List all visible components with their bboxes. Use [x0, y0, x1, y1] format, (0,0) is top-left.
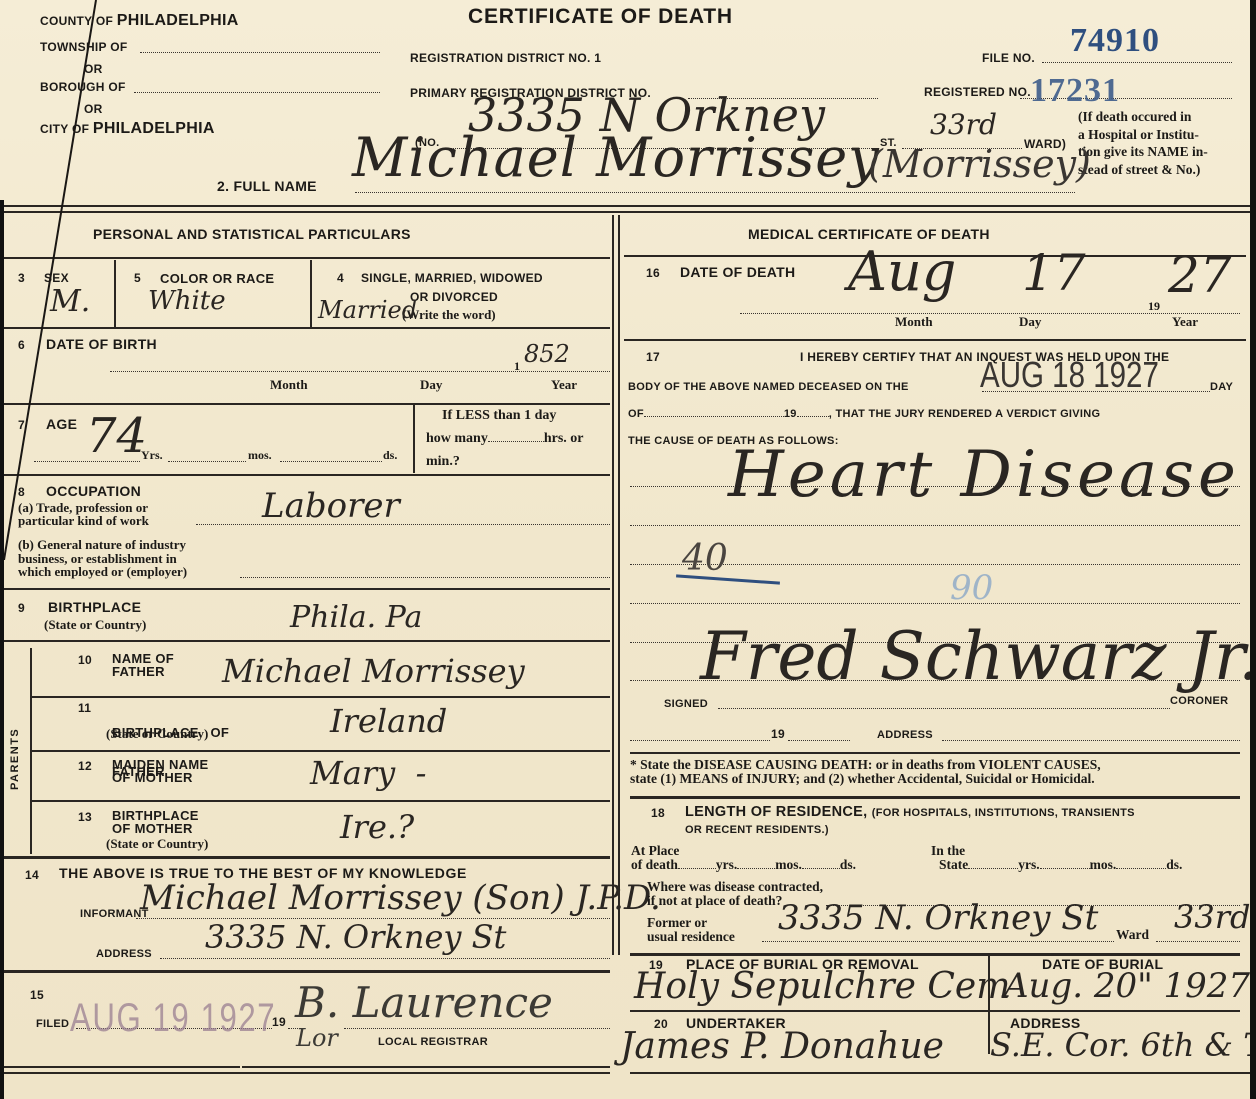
- full-name-label: 2. FULL NAME: [217, 178, 317, 194]
- dod-year-label: Year: [1172, 314, 1198, 330]
- certificate-title: CERTIFICATE OF DEATH: [468, 5, 733, 29]
- father-name-label: NAME OF FATHER: [112, 652, 174, 678]
- marital-label-2: OR DIVORCED: [410, 290, 498, 304]
- full-name-field: [355, 192, 1075, 193]
- registrar-signature: B. Laurence: [295, 978, 553, 1027]
- less-min: min.?: [426, 454, 460, 470]
- burial-place-value: Holy Sepulchre Cem: [634, 966, 1010, 1007]
- inquest-year-field: [797, 416, 829, 417]
- informant-address-label: ADDRESS: [96, 948, 152, 960]
- mos-label: mos.: [1090, 857, 1117, 872]
- divider: [630, 1072, 1250, 1074]
- date-of-death-day: 17: [1022, 244, 1086, 302]
- marital-label: SINGLE, MARRIED, WIDOWED: [361, 271, 543, 285]
- less-hrs: hrs. or: [544, 431, 584, 446]
- inquest-stamp: AUG 18 1927: [980, 354, 1159, 396]
- inquest-line-2a: BODY OF THE ABOVE NAMED DECEASED ON THE: [628, 381, 909, 393]
- signed-year-prefix: 19: [771, 727, 785, 741]
- field: [968, 868, 1018, 869]
- footnote-line: * State the DISEASE CAUSING DEATH: or in…: [630, 758, 1101, 772]
- hospital-note-line: (If death occured in: [1078, 108, 1208, 126]
- signed-field: [718, 708, 1170, 709]
- township-field: [140, 52, 380, 53]
- date-of-death-label: DATE OF DEATH: [680, 264, 795, 280]
- divider: [630, 1010, 1240, 1012]
- hospital-note-line: stead of street & No.): [1078, 161, 1208, 179]
- dob-year-label: Year: [551, 377, 577, 393]
- inquest-of: OF: [628, 408, 644, 420]
- former-ward-label: Ward: [1116, 927, 1149, 943]
- scan-edge-right: [1250, 0, 1256, 1099]
- former-residence-label: Former or usual residence: [647, 916, 735, 943]
- date-of-death-field: [740, 313, 1240, 314]
- registration-district: REGISTRATION DISTRICT NO. 1: [410, 51, 601, 65]
- age-mos-label: mos.: [248, 448, 272, 463]
- residence-label-sub: (FOR HOSPITALS, INSTITUTIONS, TRANSIENTS: [872, 807, 1135, 819]
- coroner-label: CORONER: [1170, 695, 1228, 707]
- mother-name-label: MAIDEN NAME OF MOTHER: [112, 758, 208, 784]
- full-name-value: Michael Morrissey: [352, 126, 880, 189]
- father-birthplace-num: 11: [78, 701, 91, 715]
- file-no-stamp: 74910: [1070, 22, 1160, 60]
- inquest-year-prefix: 19: [784, 408, 797, 420]
- label-line: FATHER: [112, 665, 174, 678]
- signed-year-field: [788, 740, 850, 741]
- dob-field: [110, 371, 610, 372]
- hospital-note-line: a Hospital or Institu-: [1078, 126, 1208, 144]
- divider: [630, 752, 1240, 754]
- residence-label-main: LENGTH OF RESIDENCE,: [685, 804, 867, 820]
- mother-birthplace-value: Ire.?: [340, 808, 414, 846]
- occupation-a-field: [196, 524, 610, 525]
- date-of-death-year-prefix: 19: [1148, 299, 1160, 314]
- mother-birthplace-num: 13: [78, 810, 92, 824]
- signed-date-field: [630, 740, 770, 741]
- birthplace-num: 9: [18, 601, 25, 615]
- age-mos-field: [168, 461, 246, 462]
- date-of-death-year: 27: [1168, 246, 1232, 304]
- coroner-signature: Fred Schwarz Jr.: [700, 618, 1256, 695]
- coroner-address-field: [942, 740, 1240, 741]
- father-birthplace-value: Ireland: [330, 702, 447, 740]
- death-certificate: COUNTY OF PHILADELPHIA TOWNSHIP OF OR BO…: [0, 0, 1256, 1099]
- former-ward-value: 33rd: [1174, 898, 1251, 936]
- pen-stroke-diagonal: [0, 0, 140, 560]
- ds-label: ds.: [1166, 857, 1182, 872]
- inquest-of-field: [644, 416, 784, 417]
- color-value: White: [148, 286, 226, 316]
- divider: [32, 750, 610, 752]
- footnote: * State the DISEASE CAUSING DEATH: or in…: [630, 758, 1101, 786]
- marital-num: 4: [337, 271, 344, 285]
- divider: [242, 1066, 610, 1068]
- father-name-num: 10: [78, 653, 92, 667]
- birthplace-label: BIRTHPLACE: [48, 599, 141, 615]
- inquest-day-label: DAY: [1210, 381, 1233, 393]
- signed-label: SIGNED: [664, 698, 708, 710]
- divider: [4, 588, 610, 590]
- burial-date-value: Aug. 20" 1927: [1004, 966, 1250, 1006]
- less-how-many: how many: [426, 431, 488, 446]
- filed-num: 15: [30, 988, 44, 1002]
- less-hrs-field: [488, 441, 544, 442]
- less-label-2: how manyhrs. or: [426, 431, 584, 447]
- father-birthplace-sub: (State or Country): [106, 726, 208, 742]
- occupation-b-line: which employed or (employer): [18, 565, 187, 579]
- informant-num: 14: [25, 868, 39, 882]
- less-label-1: If LESS than 1 day: [442, 408, 556, 424]
- divider: [4, 1066, 240, 1068]
- inquest-line-3: OF19, THAT THE JURY RENDERED A VERDICT G…: [628, 408, 1100, 420]
- local-registrar-label: LOCAL REGISTRAR: [378, 1036, 488, 1048]
- undertaker-address-value: S.E. Cor. 6th & Tioga Sts: [990, 1026, 1256, 1064]
- residence-num: 18: [651, 806, 665, 820]
- strike-line: [676, 574, 780, 584]
- residence-label: LENGTH OF RESIDENCE, (FOR HOSPITALS, INS…: [685, 804, 1135, 820]
- in-state-label: In the Stateyrs.mos.ds.: [931, 844, 1182, 871]
- place-of-death-row: of deathyrs.mos.ds.: [631, 858, 856, 872]
- date-of-death-num: 16: [646, 266, 660, 280]
- divider: [413, 405, 415, 473]
- mother-name-num: 12: [78, 759, 92, 773]
- filed-year-prefix: 19: [272, 1015, 286, 1029]
- informant-address-field: [160, 958, 610, 959]
- file-no-label: FILE NO.: [982, 51, 1035, 65]
- occupation-a-value: Laborer: [262, 486, 400, 526]
- ds-label: ds.: [840, 857, 856, 872]
- struck-note-text: 40: [682, 538, 728, 579]
- label-line: OF MOTHER: [112, 771, 208, 784]
- mother-birthplace-sub: (State or Country): [106, 836, 208, 852]
- coroner-address-label: ADDRESS: [877, 729, 933, 741]
- mother-name-value: Mary -: [310, 754, 426, 792]
- inquest-verdict-text: , THAT THE JURY RENDERED A VERDICT GIVIN…: [829, 408, 1101, 420]
- age-ds-field: [280, 461, 382, 462]
- file-no-field: [1042, 62, 1232, 63]
- color-label: COLOR OR RACE: [160, 271, 274, 286]
- struck-note: 40: [682, 538, 728, 579]
- divider: [4, 640, 610, 642]
- date-of-death-month: Aug: [848, 240, 956, 303]
- hospital-note-line: tion give its NAME in-: [1078, 143, 1208, 161]
- in-state-row: Stateyrs.mos.ds.: [931, 858, 1182, 872]
- footnote-line: state (1) MEANS of INJURY; and (2) wheth…: [630, 772, 1101, 786]
- label-line: usual residence: [647, 930, 735, 944]
- informant-value: Michael Morrissey (Son) J.P.D.: [140, 878, 661, 918]
- dob-month-label: Month: [270, 377, 308, 393]
- blue-pencil-note: 90: [950, 568, 993, 608]
- label-line: Where was disease contracted,: [647, 880, 823, 894]
- registrar-field: [344, 1028, 610, 1029]
- registered-no-label: REGISTERED NO.: [924, 85, 1031, 99]
- marital-value: Married: [318, 296, 417, 324]
- dob-day-label: Day: [420, 377, 442, 393]
- age-yrs-label: Yrs.: [141, 448, 163, 463]
- label-line: In the: [931, 844, 1182, 858]
- divider: [310, 260, 312, 328]
- dod-day-label: Day: [1019, 314, 1041, 330]
- personal-section-title: PERSONAL AND STATISTICAL PARTICULARS: [93, 226, 411, 242]
- cause-line: [630, 603, 1240, 604]
- father-birthplace-label: BIRTHPLACE OF FATHER: [112, 700, 229, 804]
- divider: [630, 796, 1240, 799]
- center-divider: [618, 215, 620, 955]
- divider: [0, 211, 1250, 213]
- mother-birthplace-label: BIRTHPLACE OF MOTHER: [112, 809, 199, 835]
- label-line: State: [939, 857, 968, 872]
- divider: [32, 800, 610, 802]
- yrs-label: yrs.: [716, 857, 737, 872]
- divider: [4, 856, 610, 859]
- mos-label: mos.: [775, 857, 802, 872]
- age-ds-label: ds.: [383, 448, 397, 463]
- field: [678, 868, 716, 869]
- informant-address-value: 3335 N. Orkney St: [205, 918, 506, 956]
- divider: [4, 970, 610, 973]
- filed-stamp: AUG 19 1927: [70, 996, 276, 1041]
- residence-label-sub2: OR RECENT RESIDENTS.): [685, 824, 829, 836]
- parents-label: PARENTS: [9, 728, 21, 790]
- cause-line: [630, 525, 1240, 526]
- divider: [4, 1072, 610, 1074]
- full-name-alt: (Morrissey): [868, 142, 1091, 186]
- former-residence-field: [762, 941, 1114, 942]
- dod-month-label: Month: [895, 314, 933, 330]
- divider: [32, 696, 610, 698]
- undertaker-value: James P. Donahue: [620, 1026, 944, 1067]
- field: [737, 868, 775, 869]
- registered-no-stamp: 17231: [1030, 72, 1120, 110]
- divider: [0, 205, 1250, 207]
- divider: [624, 339, 1246, 341]
- hospital-note: (If death occured in a Hospital or Insti…: [1078, 108, 1208, 178]
- center-divider: [612, 215, 614, 955]
- borough-field: [134, 92, 380, 93]
- inquest-num: 17: [646, 350, 660, 364]
- cause-of-death-value: Heart Disease: [728, 438, 1240, 512]
- filed-label: FILED: [36, 1018, 69, 1030]
- dob-year-value: 852: [524, 340, 570, 368]
- birthplace-value: Phila. Pa: [290, 600, 422, 635]
- ward-value: 33rd: [930, 108, 997, 141]
- field: [1040, 868, 1090, 869]
- field: [1116, 868, 1166, 869]
- registrar-initials: Lor: [296, 1024, 338, 1052]
- label-line: Former or: [647, 916, 735, 930]
- place-of-death-label: At Place of deathyrs.mos.ds.: [631, 844, 856, 871]
- label-line: At Place: [631, 844, 856, 858]
- field: [802, 868, 840, 869]
- occupation-b-field: [240, 577, 610, 578]
- birthplace-sub: (State or Country): [44, 617, 146, 633]
- former-ward-field: [1156, 941, 1240, 942]
- father-name-value: Michael Morrissey: [222, 652, 525, 690]
- label-line: of death: [631, 857, 678, 872]
- former-residence-value: 3335 N. Orkney St: [778, 898, 1098, 938]
- yrs-label: yrs.: [1018, 857, 1039, 872]
- scan-edge-left: [0, 200, 4, 1099]
- label-line: OF MOTHER: [112, 822, 199, 835]
- dob-year-prefix: 1: [514, 359, 520, 374]
